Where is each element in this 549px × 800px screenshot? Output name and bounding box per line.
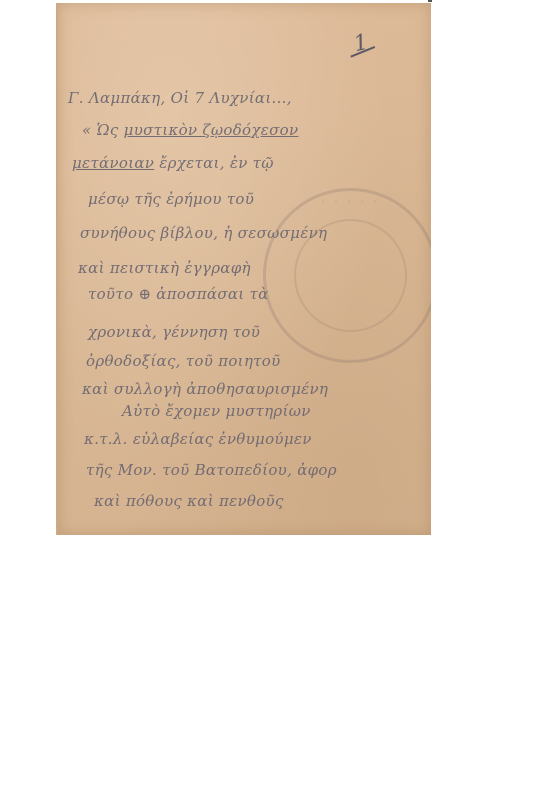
stamp-text: · · · · · [266, 195, 431, 208]
handwritten-line-8: χρονικὰ, γέννηση τοῦ [88, 323, 260, 341]
page-number: 1 [352, 30, 371, 57]
handwritten-line-1: Γ. Λαμπάκη, Οἱ 7 Λυχνίαι..., [68, 89, 292, 107]
handwritten-line-13: τῆς Μον. τοῦ Βατοπεδίου, ἀφορ [86, 461, 337, 479]
scan-canvas: · · · · · 1 Γ. Λαμπάκη, Οἱ 7 Λυχνίαι...,… [0, 0, 549, 800]
line-3-suffix: ἔρχεται, ἐν τῷ [154, 154, 274, 172]
line-2-underlined: μυστικὸν ζῳοδόχεσον [124, 121, 299, 139]
handwritten-line-5: συνήθους βίβλου, ἡ σεσωσμένη [80, 224, 327, 242]
handwritten-line-14: καὶ πόθους καὶ πενθοῦς [94, 492, 284, 510]
scan-edge-mark [428, 0, 432, 2]
handwritten-line-9: ὀρθοδοξίας, τοῦ ποιητοῦ [86, 352, 281, 370]
line-3-underlined: μετάνοιαν [72, 154, 154, 172]
manuscript-paper: · · · · · 1 Γ. Λαμπάκη, Οἱ 7 Λυχνίαι...,… [56, 3, 431, 535]
handwritten-line-6: καὶ πειστικὴ ἐγγραφὴ [78, 259, 251, 277]
line-2-prefix: « Ὡς [82, 121, 124, 139]
handwritten-line-10: καὶ συλλογὴ ἀποθησαυρισμένη [82, 380, 328, 398]
handwritten-line-7: τοῦτο ⊕ ἀποσπάσαι τὰ [88, 285, 269, 303]
handwritten-line-3: μετάνοιαν ἔρχεται, ἐν τῷ [72, 154, 274, 172]
handwritten-line-11: Αὐτὸ ἔχομεν μυστηρίων [122, 402, 311, 420]
handwritten-line-2: « Ὡς μυστικὸν ζῳοδόχεσον [82, 121, 298, 139]
handwritten-line-4: μέσῳ τῆς ἐρήμου τοῦ [88, 190, 254, 208]
handwritten-line-12: κ.τ.λ. εὐλαβείας ἐνθυμούμεν [84, 430, 312, 448]
library-stamp: · · · · · [263, 188, 431, 363]
